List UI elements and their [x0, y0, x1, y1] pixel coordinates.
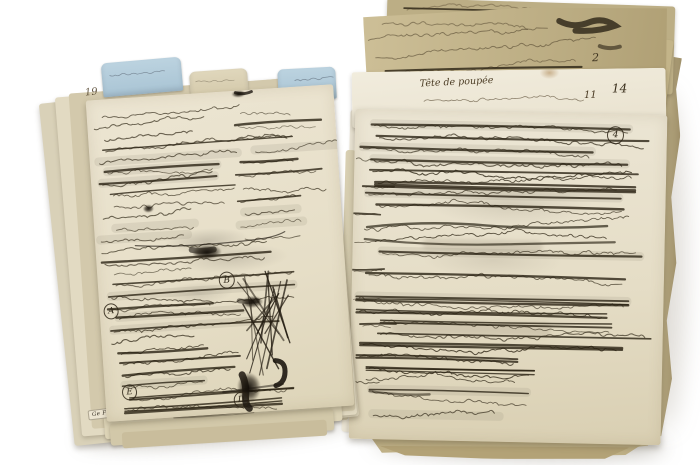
index-tab-blue-1: [101, 57, 184, 98]
manuscript-page-left: A B D E: [86, 84, 355, 422]
secondary-number-14: 14: [612, 82, 627, 94]
corner-number-19: 19: [85, 87, 99, 98]
right-page-script: [349, 109, 668, 445]
page-number-11: 11: [584, 91, 597, 101]
leaf-number: 2: [592, 52, 599, 63]
photo-canvas: 2 Tête de poupée 11 14 4 Ge FO-946 19 18: [0, 0, 700, 465]
manuscript-page-right: 4: [349, 109, 668, 445]
undersheet-edge-script: [38, 238, 82, 424]
tab-script: [101, 57, 184, 98]
